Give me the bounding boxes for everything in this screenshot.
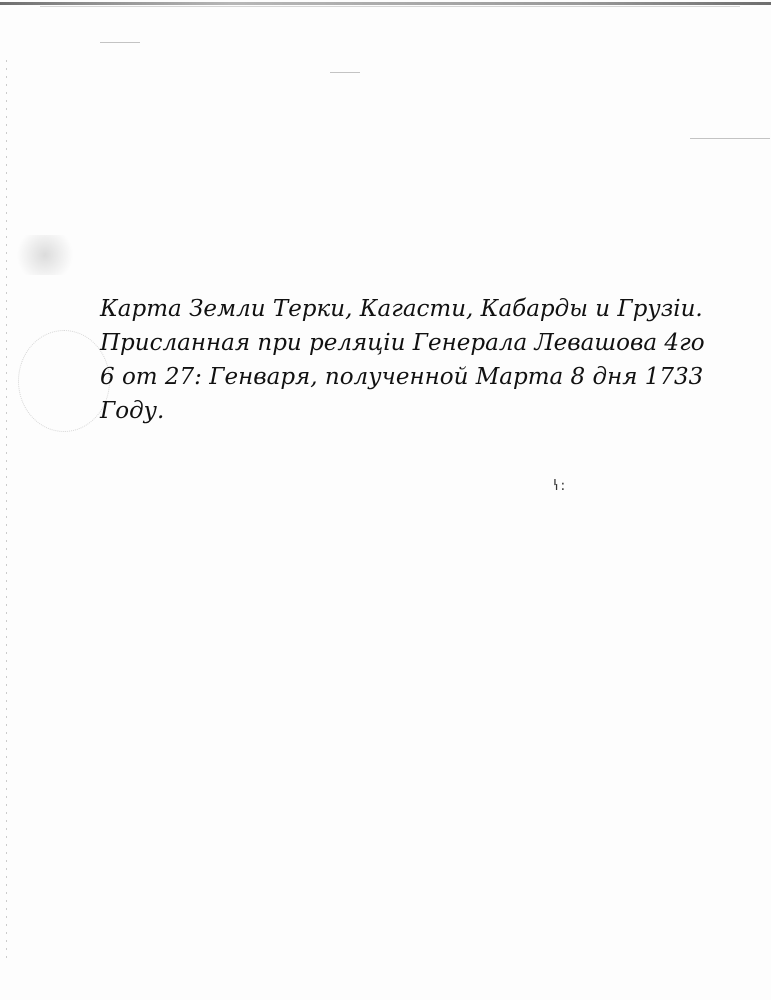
- left-margin-line: [6, 60, 7, 960]
- handwritten-inscription: Карта Земли Терки, Кагасти, Кабарды и Гр…: [100, 292, 740, 428]
- page-top-edge: [0, 2, 771, 5]
- document-page: Карта Земли Терки, Кагасти, Кабарды и Гр…: [0, 0, 771, 1000]
- inscription-line-3: 6 от 27: Генваря, полученной Марта 8 дня…: [100, 360, 740, 394]
- page-top-edge-line: [40, 6, 740, 7]
- faint-mark: [330, 72, 360, 73]
- faint-mark: [690, 138, 770, 139]
- ink-smudge: [10, 235, 80, 275]
- inscription-line-1: Карта Земли Терки, Кагасти, Кабарды и Гр…: [100, 292, 740, 326]
- faint-mark: [100, 42, 140, 43]
- inscription-line-4: Году.: [100, 394, 740, 428]
- faded-stamp: [18, 330, 110, 432]
- margin-scribble: ꝇ꞉: [553, 478, 567, 494]
- inscription-line-2: Присланная при реляцiи Генерала Левашова…: [100, 326, 740, 360]
